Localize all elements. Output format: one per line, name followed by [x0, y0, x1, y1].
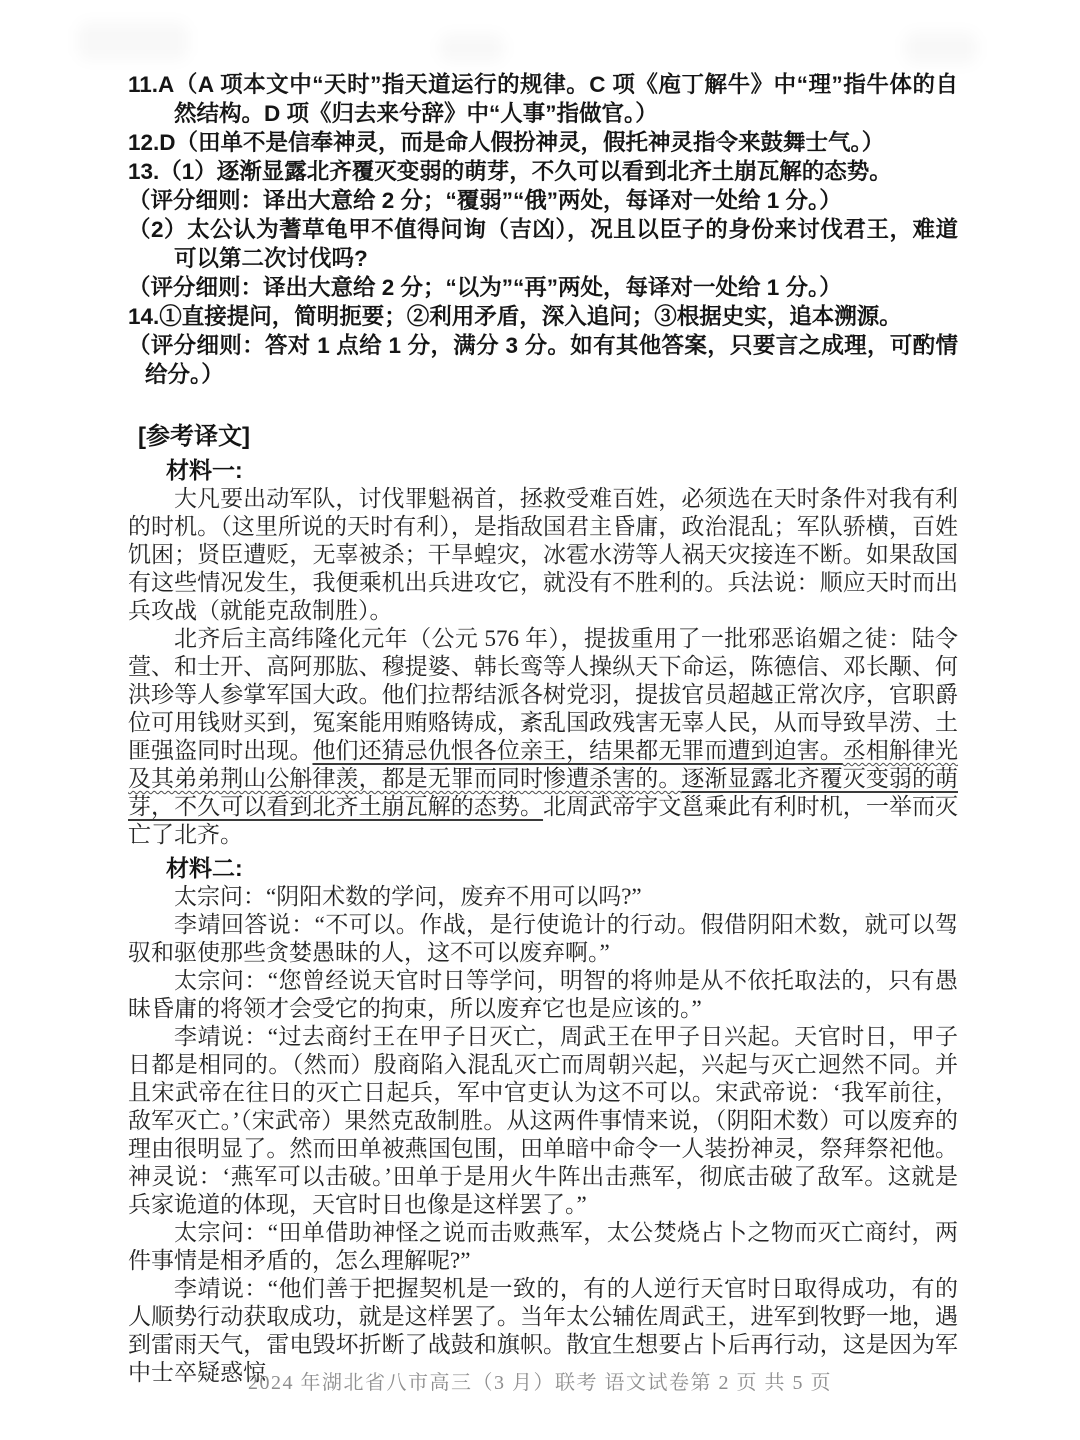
material2-label: 材料二: [128, 850, 958, 883]
page-footer: 2024 年湖北省八市高三（3 月）联考 语文试卷第 2 页 共 5 页 [0, 1366, 1080, 1395]
answer-line-q13-1: 13.（1）逐渐显露北齐覆灭变弱的萌芽，不久可以看到北齐土崩瓦解的态势。 [128, 157, 958, 186]
answer-line-q12: 12.D（田单不是信奉神灵，而是命人假扮神灵，假托神灵指令来鼓舞士气。） [128, 128, 958, 157]
material2-dialogue-3: 太宗问：“您曾经说天官时日等学问，明智的将帅是从不依托取法的，只有愚昧昏庸的将领… [128, 967, 958, 1023]
scoring-rule-q13-2: （评分细则：译出大意给 2 分；“以为”“再”两处，每译对一处给 1 分。） [128, 273, 958, 302]
material2-dialogue-5: 太宗问：“田单借助神怪之说而击败燕军，太公焚烧占卜之物而灭亡商纣，两件事情是相矛… [128, 1219, 958, 1275]
scoring-rule-q14: （评分细则：答对 1 点给 1 分，满分 3 分。如有其他答案，只要言之成理，可… [128, 331, 958, 389]
material1-paragraph-1: 大凡要出动军队，讨伐罪魁祸首，拯救受难百姓，必须选在天时条件对我有利的时机。（这… [128, 485, 958, 625]
photo-artifact [905, 32, 977, 64]
answer-line-q14: 14.①直接提问，简明扼要；②利用矛盾，深入追问；③根据史实，追本溯源。 [128, 302, 958, 331]
material2-dialogue-1: 太宗问：“阴阳术数的学问，废弃不用可以吗?” [128, 883, 958, 911]
material2-dialogue-4: 李靖说：“过去商纣王在甲子日灭亡，周武王在甲子日兴起。天官时日，甲子日都是相同的… [128, 1023, 958, 1219]
answer-line-q13-2: （2）太公认为蓍草龟甲不值得问询（吉凶），况且以臣子的身份来讨伐君王，难道可以第… [128, 215, 958, 273]
answer-key-section: 11.A（A 项本文中“天时”指天道运行的规律。C 项《庖丁解牛》中“理”指牛体… [128, 70, 958, 389]
material1-paragraph-2: 北齐后主高纬隆化元年（公元 576 年），提拔重用了一批邪恶谄媚之徒：陆令萱、和… [128, 625, 958, 849]
photo-artifact [440, 34, 504, 62]
material2-dialogue-2: 李靖回答说：“不可以。作战，是行使诡计的行动。假借阴阳术数，就可以驾驭和驱使那些… [128, 911, 958, 967]
material1-para2-underlined-1: 他们还猜忌仇恨各位亲王，结果都无罪而遭到迫害。 [312, 738, 842, 763]
answer-line-q11: 11.A（A 项本文中“天时”指天道运行的规律。C 项《庖丁解牛》中“理”指牛体… [128, 70, 958, 128]
reference-translation-heading: [参考译文] [138, 416, 958, 451]
exam-answer-page: 11.A（A 项本文中“天时”指天道运行的规律。C 项《庖丁解牛》中“理”指牛体… [0, 0, 1080, 1440]
material1-label: 材料一: [128, 452, 958, 485]
photo-artifact [78, 22, 188, 60]
scoring-rule-q13-1: （评分细则：译出大意给 2 分；“覆弱”“俄”两处，每译对一处给 1 分。） [128, 186, 958, 215]
